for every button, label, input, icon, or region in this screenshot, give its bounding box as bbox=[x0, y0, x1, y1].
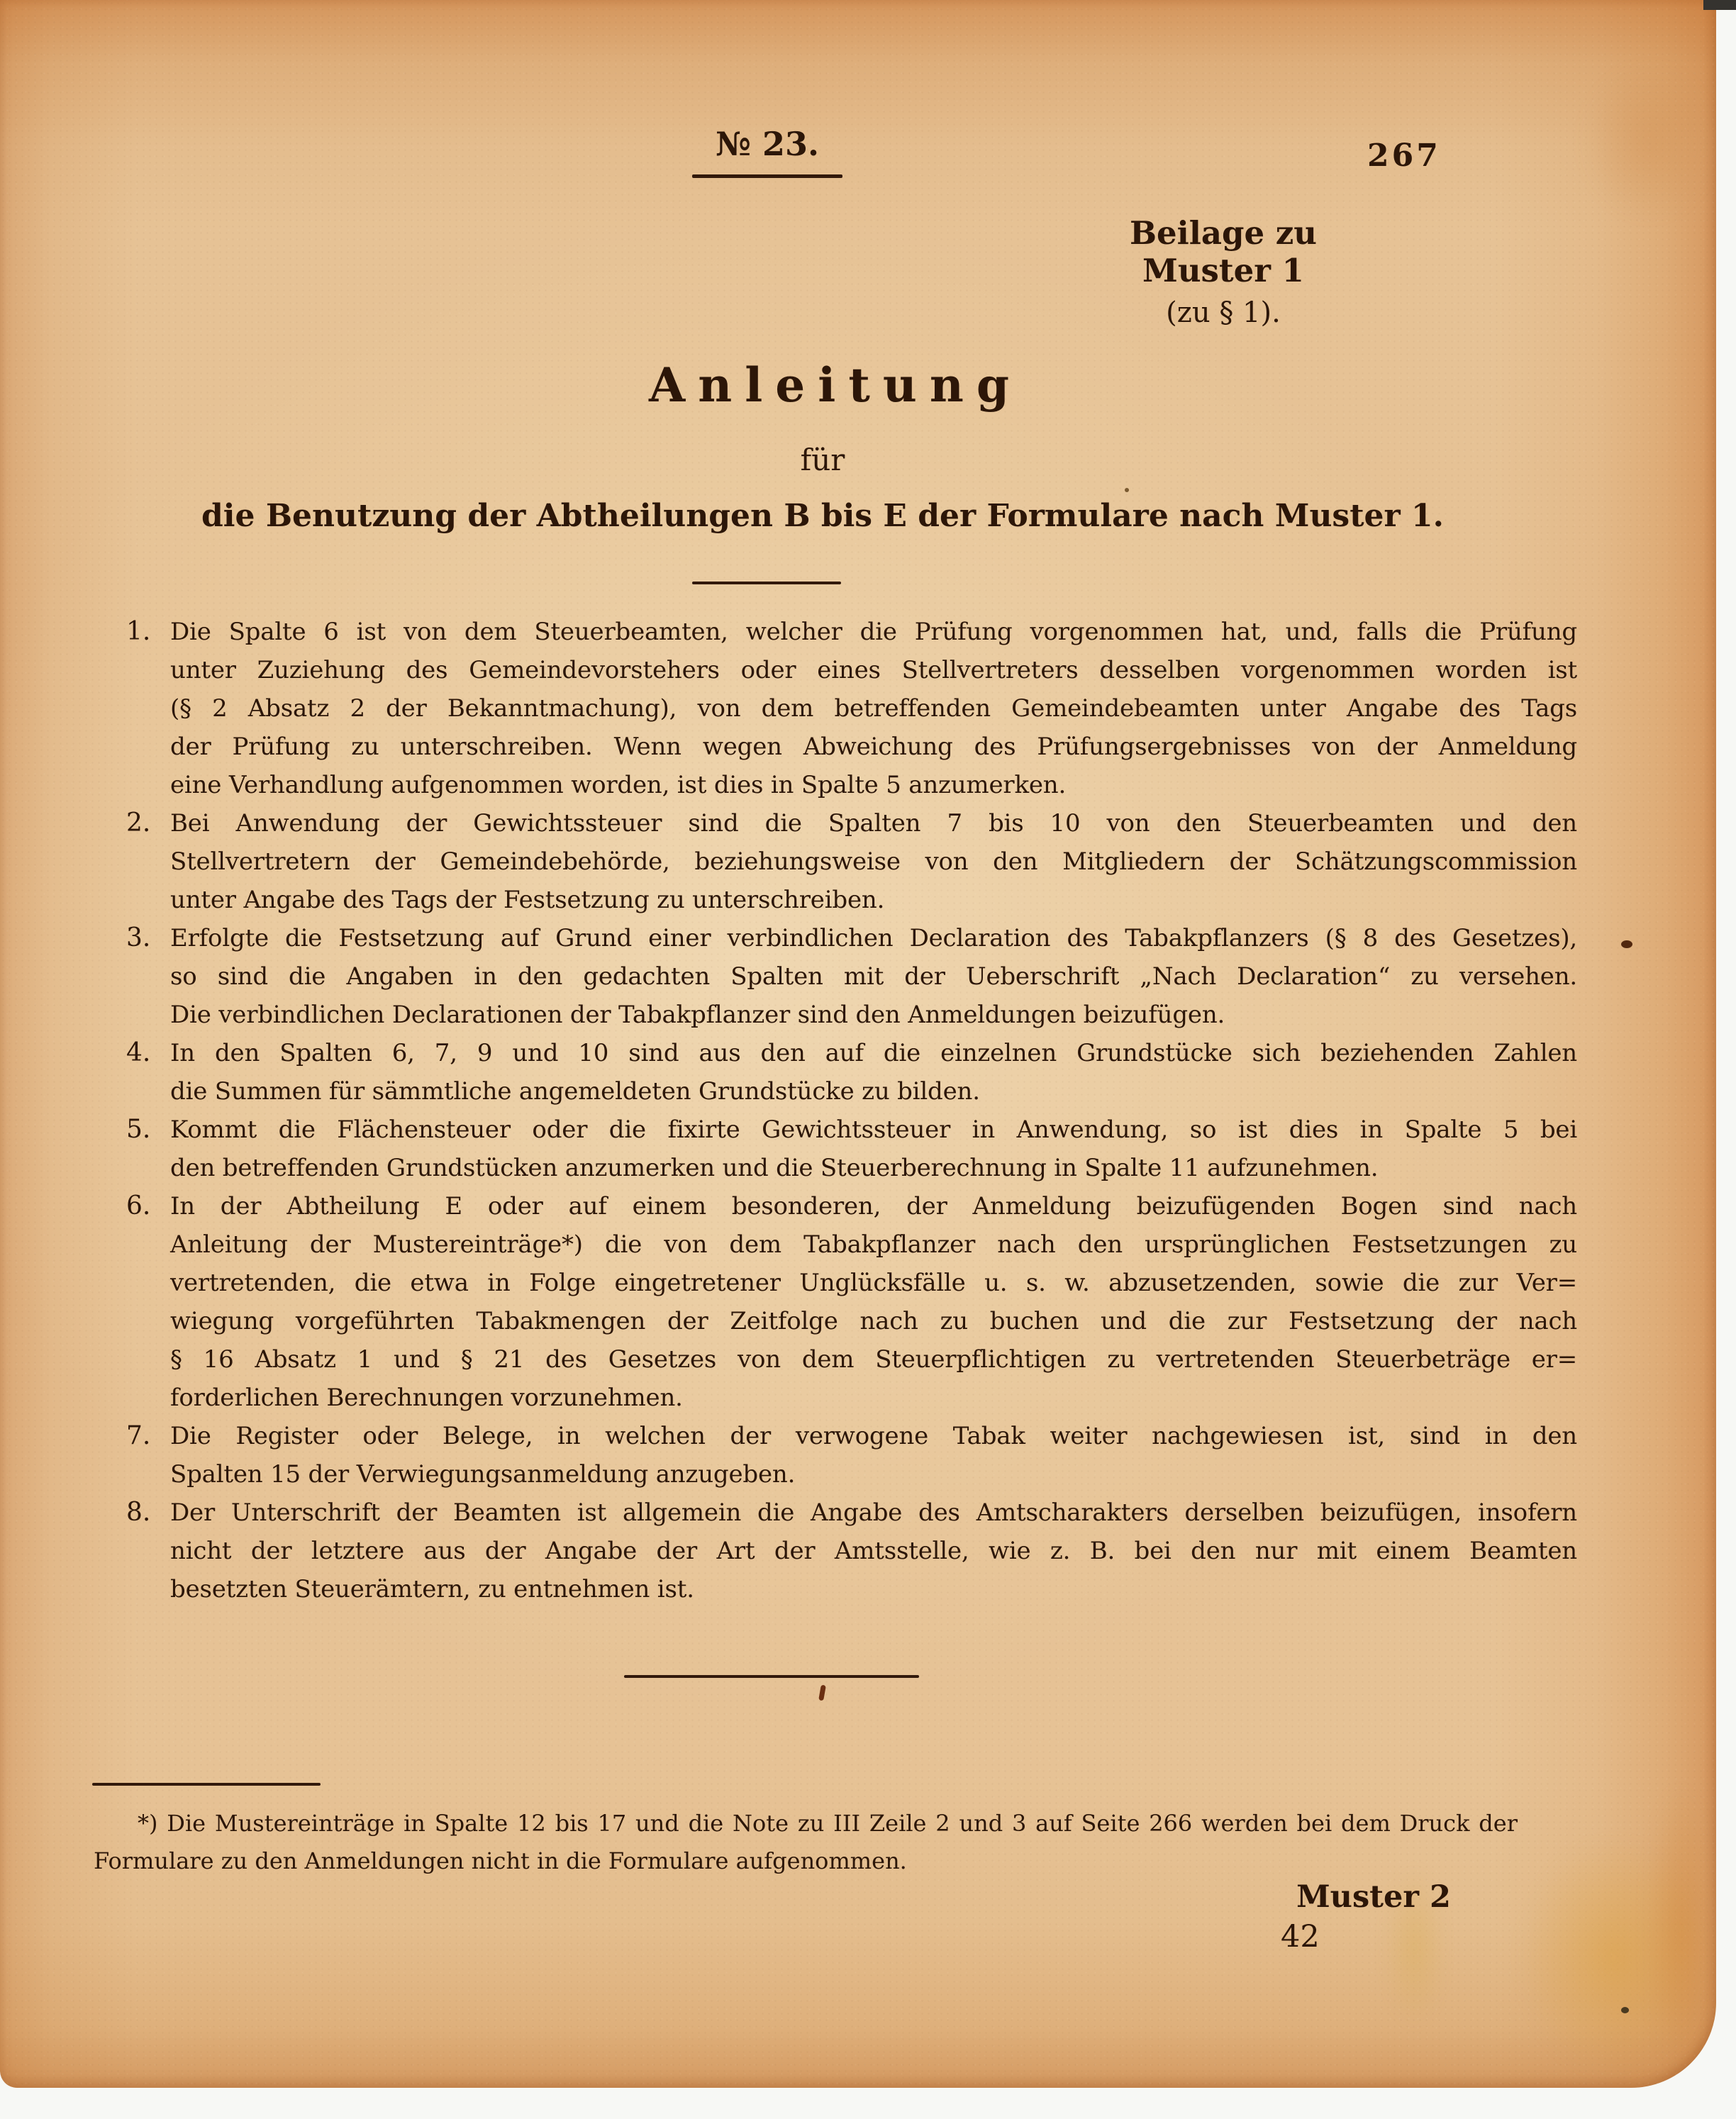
footnote-line: *) Die Mustereinträge in Spalte 12 bis 1… bbox=[94, 1805, 1518, 1842]
title-preposition: für bbox=[92, 443, 1553, 477]
scanned-document-page: № 23. 267 Beilage zu Muster 1 (zu § 1). … bbox=[0, 0, 1736, 2119]
text-line: Die Register oder Belege, in welchen der… bbox=[170, 1417, 1577, 1455]
text-line: Bei Anwendung der Gewichtssteuer sind di… bbox=[170, 804, 1577, 842]
text-line: Erfolgte die Festsetzung auf Grund einer… bbox=[170, 919, 1577, 957]
instruction-item: 8. Der Unterschrift der Beamten ist allg… bbox=[126, 1494, 1577, 1608]
ink-tick-mark bbox=[818, 1685, 826, 1701]
item-number: 7. bbox=[126, 1417, 150, 1455]
text-line: die Summen für sämmtliche angemeldeten G… bbox=[170, 1072, 1577, 1111]
annex-line: Beilage zu Muster 1 bbox=[1060, 214, 1386, 289]
text-line: Stellvertretern der Gemeindebehörde, bez… bbox=[170, 842, 1577, 881]
annex-paragraph-ref: (zu § 1). bbox=[1060, 296, 1386, 329]
instruction-item: 7. Die Register oder Belege, in welchen … bbox=[126, 1417, 1577, 1494]
paper-sheet: № 23. 267 Beilage zu Muster 1 (zu § 1). … bbox=[0, 0, 1716, 2088]
instruction-list: 1. Die Spalte 6 ist von dem Steuerbeamte… bbox=[126, 613, 1577, 1608]
item-number: 2. bbox=[126, 804, 150, 842]
item-number: 5. bbox=[126, 1111, 150, 1149]
subtitle-divider-rule bbox=[692, 582, 841, 584]
ink-speck bbox=[1621, 940, 1632, 948]
model-label: Muster 2 bbox=[1257, 1879, 1491, 1915]
text-line: (§ 2 Absatz 2 der Bekanntmachung), von d… bbox=[170, 689, 1577, 728]
text-line: den betreffenden Grundstücken anzumerken… bbox=[170, 1149, 1577, 1187]
issue-underline bbox=[692, 174, 842, 178]
text-line: Anleitung der Mustereinträge*) die von d… bbox=[170, 1225, 1577, 1264]
footnote: *) Die Mustereinträge in Spalte 12 bis 1… bbox=[94, 1805, 1518, 1880]
section-end-rule bbox=[624, 1675, 919, 1678]
text-line: Kommt die Flächensteuer oder die fixirte… bbox=[170, 1111, 1577, 1149]
text-line: unter Angabe des Tags der Festsetzung zu… bbox=[170, 881, 1577, 919]
instruction-item: 6. In der Abtheilung E oder auf einem be… bbox=[126, 1187, 1577, 1417]
text-line: eine Verhandlung aufgenommen worden, ist… bbox=[170, 766, 1577, 804]
ink-speck bbox=[1621, 2007, 1629, 2013]
text-line: so sind die Angaben in den gedachten Spa… bbox=[170, 957, 1577, 996]
sheet-signature-number: 42 bbox=[1281, 1919, 1320, 1954]
text-line: In der Abtheilung E oder auf einem beson… bbox=[170, 1187, 1577, 1225]
stain bbox=[1645, 1787, 1716, 2071]
text-line: unter Zuziehung des Gemeindevorstehers o… bbox=[170, 651, 1577, 689]
text-line: vertretenden, die etwa in Folge eingetre… bbox=[170, 1264, 1577, 1302]
instruction-item: 4. In den Spalten 6, 7, 9 und 10 sind au… bbox=[126, 1034, 1577, 1111]
document-subtitle: die Benutzung der Abtheilungen B bis E d… bbox=[92, 498, 1553, 534]
instruction-item: 2. Bei Anwendung der Gewichtssteuer sind… bbox=[126, 804, 1577, 919]
text-line: forderlichen Berechnungen vorzunehmen. bbox=[170, 1379, 1577, 1417]
item-number: 4. bbox=[126, 1034, 150, 1072]
page-number: 267 bbox=[1367, 138, 1441, 174]
item-number: 3. bbox=[126, 919, 150, 957]
footnote-rule bbox=[92, 1783, 321, 1786]
instruction-item: 1. Die Spalte 6 ist von dem Steuerbeamte… bbox=[126, 613, 1577, 804]
footnote-line: Formulare zu den Anmeldungen nicht in di… bbox=[94, 1842, 1518, 1880]
text-line: nicht der letztere aus der Angabe der Ar… bbox=[170, 1532, 1577, 1570]
stain bbox=[1518, 1837, 1709, 2078]
item-number: 1. bbox=[126, 613, 150, 651]
text-line: besetzten Steuerämtern, zu entnehmen ist… bbox=[170, 1570, 1577, 1608]
text-line: der Prüfung zu unterschreiben. Wenn wege… bbox=[170, 728, 1577, 766]
text-line: § 16 Absatz 1 und § 21 des Gesetzes von … bbox=[170, 1340, 1577, 1379]
item-number: 8. bbox=[126, 1494, 150, 1532]
text-line: wiegung vorgeführten Tabakmengen der Zei… bbox=[170, 1302, 1577, 1340]
issue-number: № 23. bbox=[694, 125, 841, 163]
scan-edge-artifact bbox=[1703, 0, 1736, 10]
text-line: Der Unterschrift der Beamten ist allgeme… bbox=[170, 1494, 1577, 1532]
item-number: 6. bbox=[126, 1187, 150, 1225]
ink-speck bbox=[1125, 488, 1129, 492]
instruction-item: 3. Erfolgte die Festsetzung auf Grund ei… bbox=[126, 919, 1577, 1034]
stain bbox=[1581, 64, 1716, 220]
text-line: In den Spalten 6, 7, 9 und 10 sind aus d… bbox=[170, 1034, 1577, 1072]
text-line: Spalten 15 der Verwiegungsanmeldung anzu… bbox=[170, 1455, 1577, 1494]
instruction-item: 5. Kommt die Flächensteuer oder die fixi… bbox=[126, 1111, 1577, 1187]
document-title: Anleitung bbox=[92, 357, 1566, 413]
text-line: Die verbindlichen Declarationen der Taba… bbox=[170, 996, 1577, 1034]
annex-reference: Beilage zu Muster 1 (zu § 1). bbox=[1060, 214, 1386, 329]
text-line: Die Spalte 6 ist von dem Steuerbeamten, … bbox=[170, 613, 1577, 651]
